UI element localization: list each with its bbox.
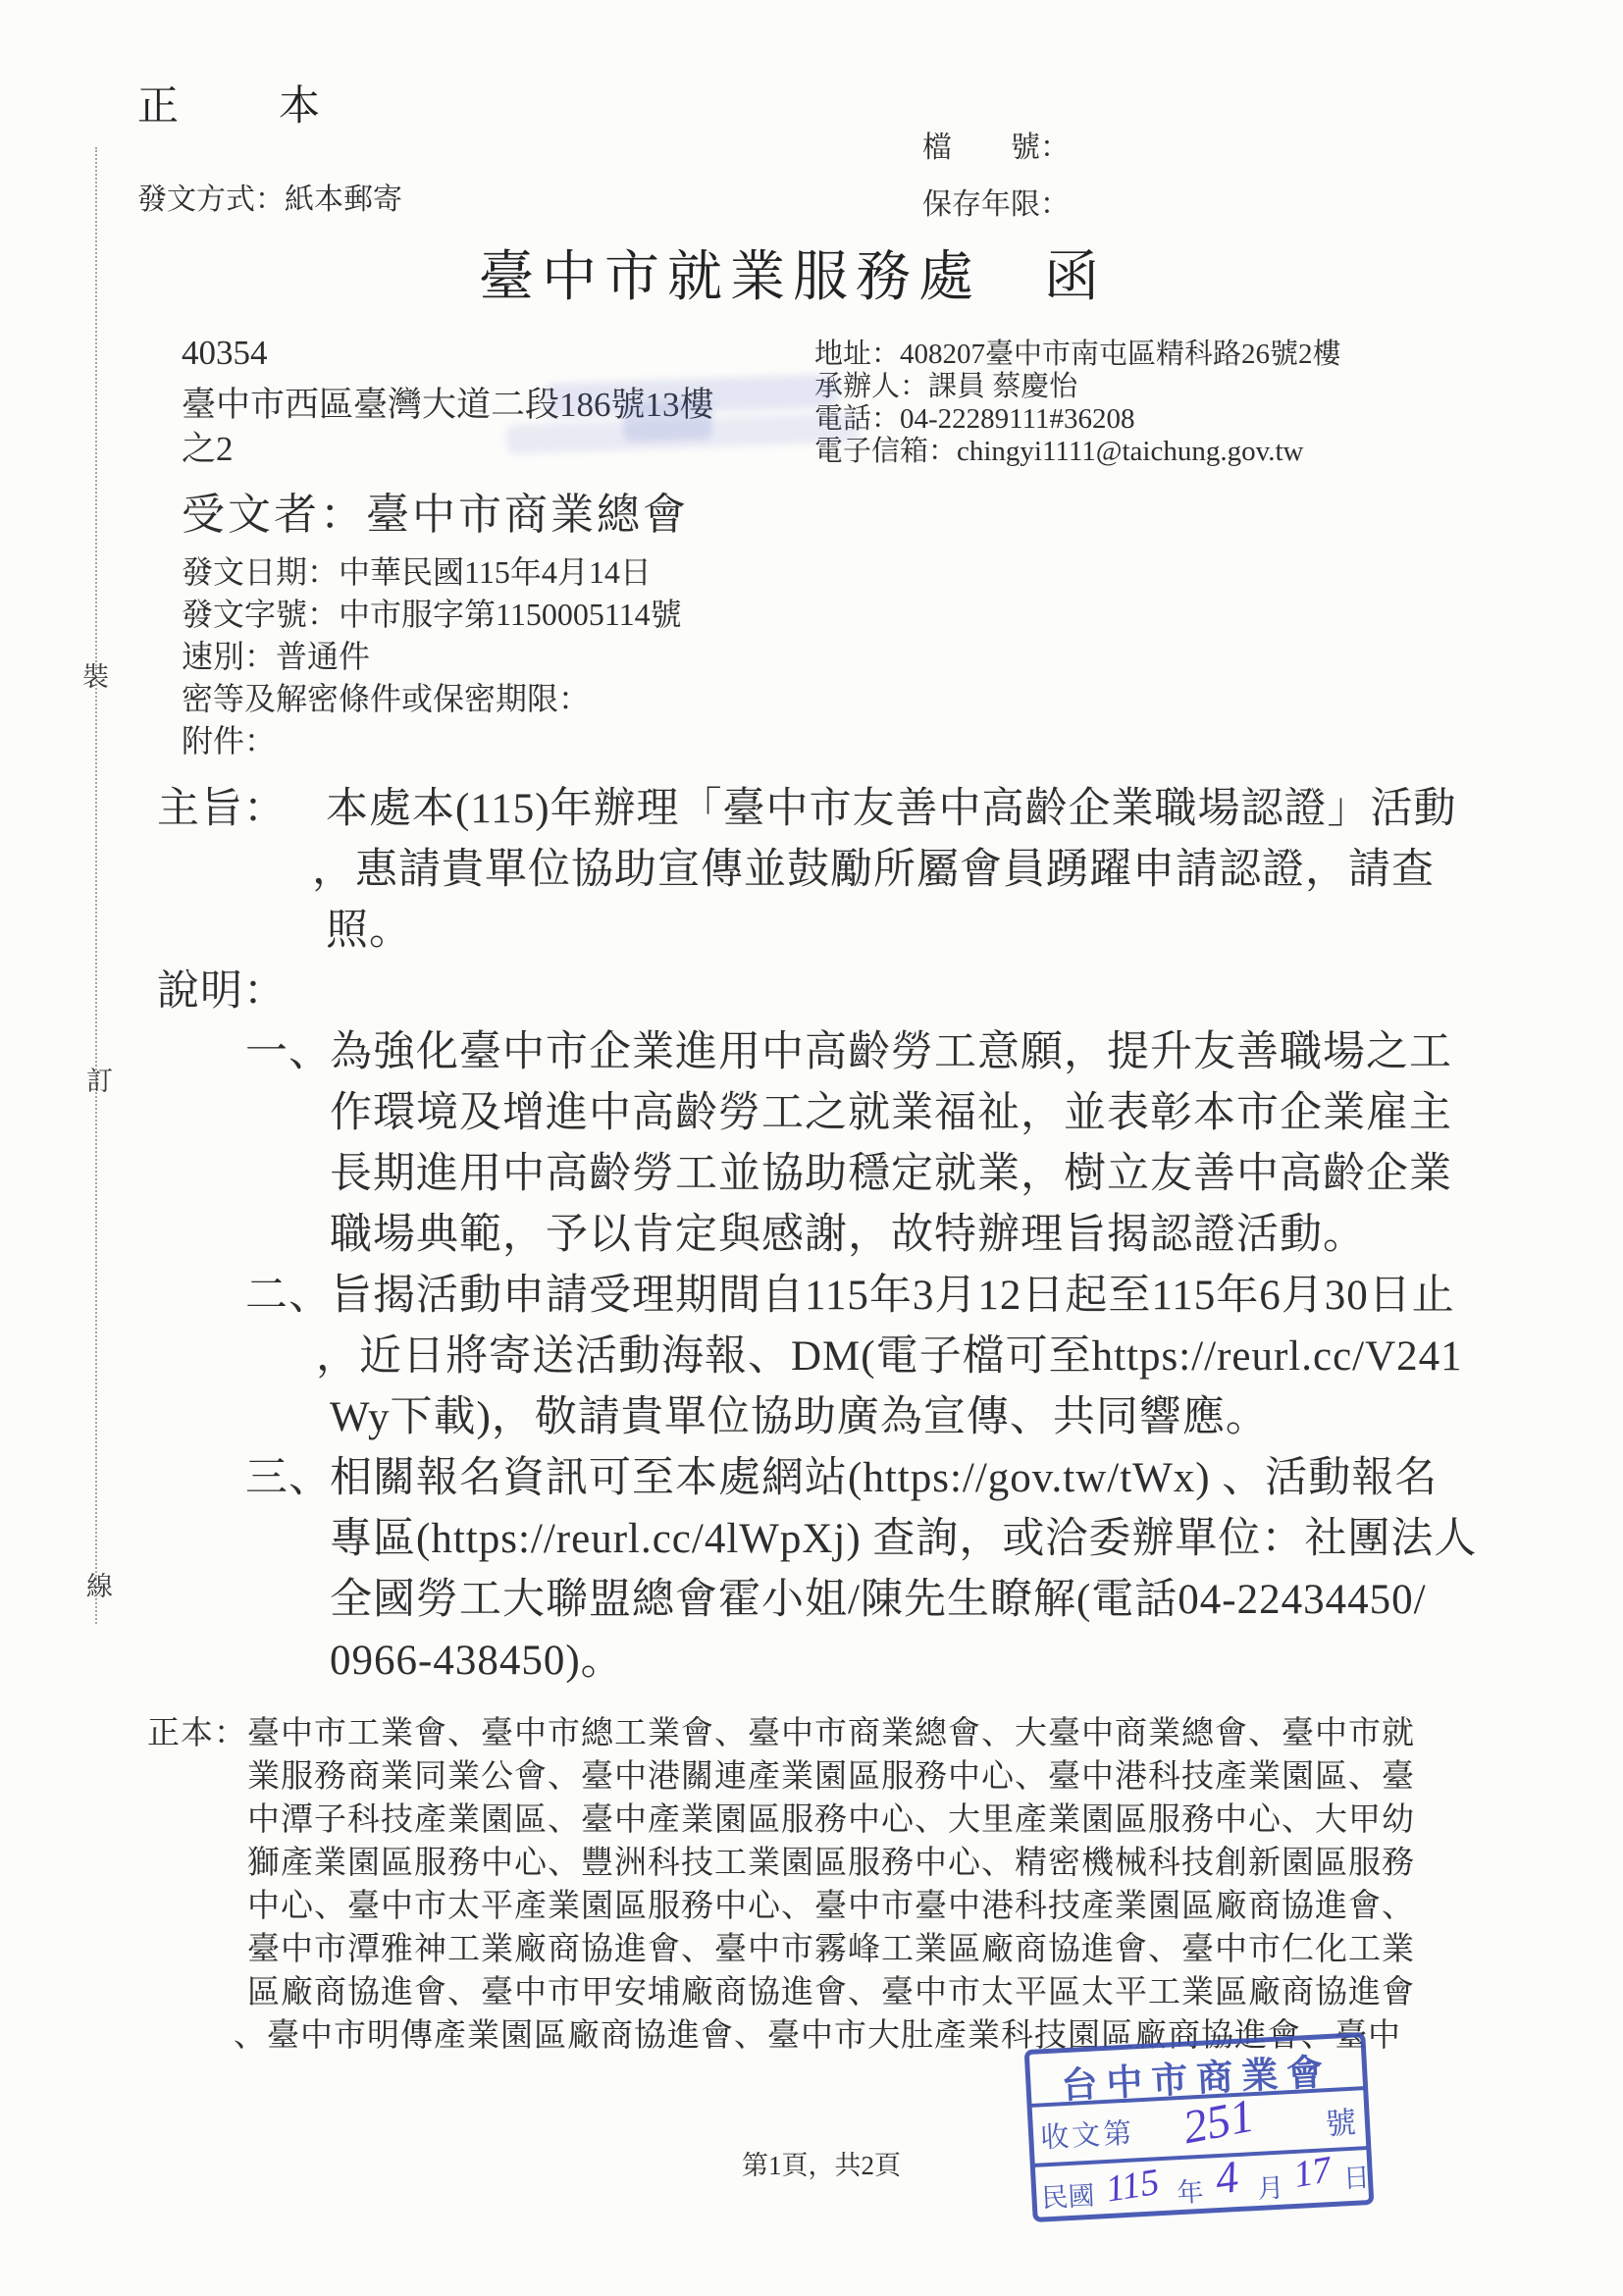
stamp-year-suffix: 年 bbox=[1176, 2170, 1204, 2210]
item-line: 旨揭活動申請受理期間自115年3月12日起至115年6月30日止 bbox=[330, 1262, 1455, 1322]
subject-line: 本處本(115)年辦理「臺中市友善中高齡企業職場認證」活動 bbox=[326, 775, 1457, 835]
stamp-day-handwritten: 17 bbox=[1290, 2148, 1335, 2197]
recipients-line: 臺中市潭雅神工業廠商協進會、臺中市霧峰工業區廠商協進會、臺中市仁化工業 bbox=[247, 1923, 1415, 1969]
subject-line: ，惠請貴單位協助宣傳並鼓勵所屬會員踴躍申請認證，請查 bbox=[312, 836, 1435, 896]
item-line: 全國勞工大聯盟總會霍小姐/陳先生瞭解(電話04-22434450/ bbox=[330, 1566, 1427, 1626]
recipients-line: 臺中市工業會、臺中市總工業會、臺中市商業總會、大臺中商業總會、臺中市就 bbox=[247, 1707, 1415, 1753]
item-line: 0966-438450)。 bbox=[330, 1627, 624, 1687]
recipients-line: 業服務商業同業公會、臺中港關連產業園區服務中心、臺中港科技產業園區、臺 bbox=[247, 1750, 1415, 1797]
item-line: Wy下載)，敬請貴單位協助廣為宣傳、共同響應。 bbox=[330, 1383, 1269, 1443]
binding-mark-xian: 線 bbox=[86, 1565, 113, 1603]
scanned-official-letter: 裝 訂 線 正 本 發文方式：紙本郵寄 檔 號： 保存年限： 臺中市就業服務處 … bbox=[0, 0, 1623, 2296]
delivery-method-label: 發文方式：紙本郵寄 bbox=[137, 175, 402, 218]
receipt-stamp: 台中市商業會 收文第 251 號 民國 115 年 4 月 17 日 bbox=[1024, 2032, 1375, 2222]
stamp-receipt-prefix: 收文第 bbox=[1039, 2111, 1135, 2156]
issue-date-line: 發文日期：中華民國115年4月14日 bbox=[182, 548, 652, 593]
subject-label: 主旨： bbox=[157, 775, 287, 835]
recipient-line: 受文者：臺中市商業總會 bbox=[182, 479, 689, 542]
subject-line: 照。 bbox=[326, 897, 412, 957]
stamp-receipt-suffix: 號 bbox=[1325, 2098, 1357, 2144]
item-number: 三、 bbox=[245, 1444, 332, 1504]
faint-ink-smudge bbox=[503, 354, 899, 471]
item-line: 作環境及增進中高齡勞工之就業福祉，並表彰本市企業雇主 bbox=[330, 1079, 1452, 1139]
item-line: 相關報名資訊可至本處網站(https://gov.tw/tWx) 、活動報名 bbox=[330, 1444, 1438, 1504]
binding-mark-zhuang: 裝 bbox=[82, 655, 109, 694]
file-number-label: 檔 號： bbox=[922, 123, 1070, 166]
sender-address-line2: 之2 bbox=[182, 422, 234, 471]
recipients-line: 中心、臺中市太平產業園區服務中心、臺中市臺中港科技產業園區廠商協進會、 bbox=[247, 1880, 1415, 1926]
item-number: 二、 bbox=[245, 1262, 332, 1322]
stamp-era-label: 民國 bbox=[1040, 2174, 1095, 2216]
binding-dotted-line bbox=[95, 147, 97, 1624]
recipients-line: 獅產業園區服務中心、豐洲科技工業園區服務中心、精密機械科技創新園區服務 bbox=[247, 1837, 1415, 1883]
recipients-label: 正本： bbox=[147, 1707, 247, 1753]
item-line: 職場典範，予以肯定與感謝，故特辦理旨揭認證活動。 bbox=[330, 1201, 1366, 1261]
item-number: 一、 bbox=[245, 1018, 332, 1078]
stamp-day-suffix: 日 bbox=[1342, 2156, 1371, 2195]
binding-mark-ding: 訂 bbox=[86, 1060, 113, 1098]
item-line: 為強化臺中市企業進用中高齡勞工意願，提升友善職場之工 bbox=[330, 1018, 1452, 1078]
recipients-line: 中潭子科技產業園區、臺中產業園區服務中心、大里產業園區服務中心、大甲幼 bbox=[247, 1794, 1415, 1840]
sender-postal-code: 40354 bbox=[182, 334, 268, 373]
speed-class-line: 速別：普通件 bbox=[182, 632, 370, 677]
doc-number-line: 發文字號：中市服字第1150005114號 bbox=[182, 590, 682, 635]
stamp-month-suffix: 月 bbox=[1256, 2166, 1284, 2206]
doc-title: 臺中市就業服務處 函 bbox=[479, 234, 1107, 312]
stamp-year-handwritten: 115 bbox=[1103, 2161, 1162, 2212]
recipients-line: 區廠商協進會、臺中市甲安埔廠商協進會、臺中市太平區太平工業區廠商協進會 bbox=[247, 1966, 1415, 2012]
copy-type-label: 正 本 bbox=[137, 74, 349, 132]
security-class-line: 密等及解密條件或保密期限： bbox=[182, 674, 590, 719]
attachment-line: 附件： bbox=[182, 716, 276, 761]
item-line: 專區(https://reurl.cc/4lWpXj) 查詢，或洽委辦單位：社團… bbox=[330, 1505, 1477, 1565]
item-line: ，近日將寄送活動海報、DM(電子檔可至https://reurl.cc/V241 bbox=[316, 1323, 1463, 1383]
description-label: 說明： bbox=[157, 958, 287, 1018]
item-line: 長期進用中高齡勞工並協助穩定就業，樹立友善中高齡企業 bbox=[330, 1140, 1452, 1200]
retention-label: 保存年限： bbox=[922, 180, 1070, 223]
page-footer: 第1頁，共2頁 bbox=[742, 2144, 901, 2182]
